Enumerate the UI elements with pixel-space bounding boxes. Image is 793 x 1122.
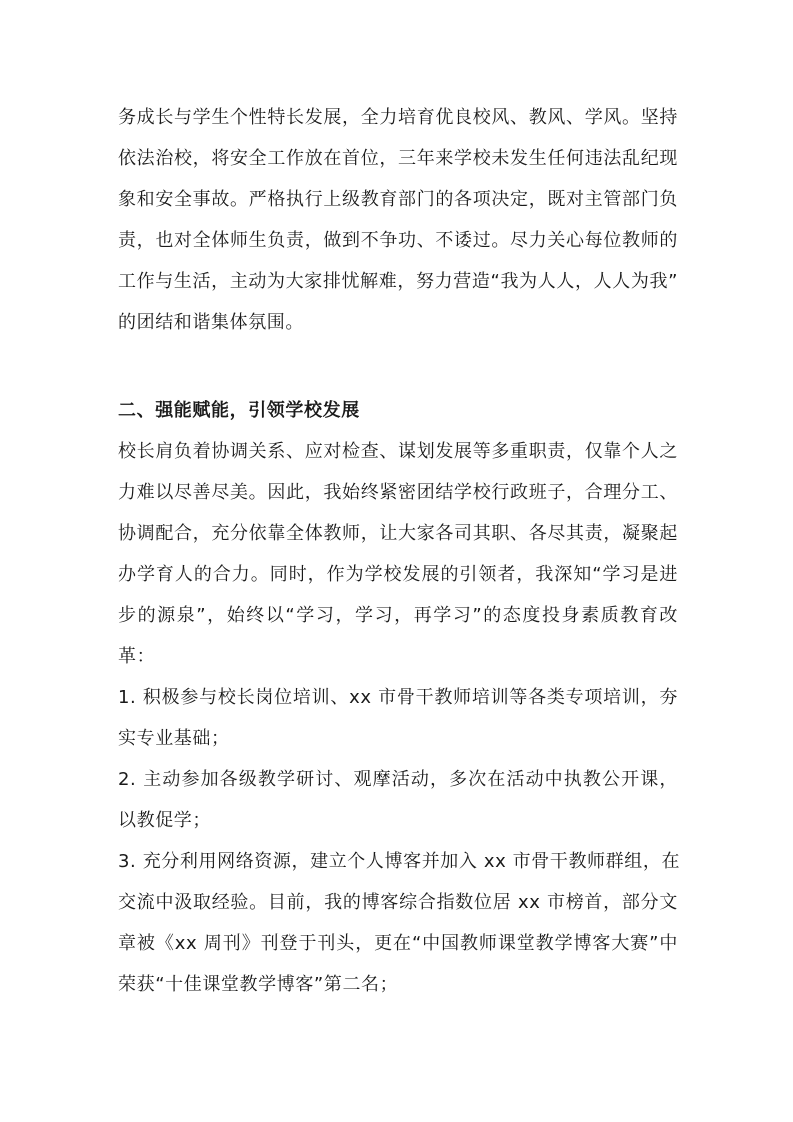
list-item-training: 1. 积极参与校长岗位培训、xx 市骨干教师培训等各类专项培训，夯 实专业基础； xyxy=(118,677,678,759)
text-line: 章被《xx 周刊》刊登于刊头，更在“中国教师课堂教学博客大赛”中 xyxy=(118,923,678,964)
text-line: 实专业基础； xyxy=(118,718,678,759)
text-line: 责，也对全体师生负责，做到不争功、不诿过。尽力关心每位教师的 xyxy=(118,220,678,261)
list-item-blog: 3. 充分利用网络资源，建立个人博客并加入 xx 市骨干教师群组，在 交流中汲取… xyxy=(118,841,678,1005)
text-line: 依法治校，将安全工作放在首位，三年来学校未发生任何违法乱纪现 xyxy=(118,138,678,179)
paragraph-school-management: 务成长与学生个性特长发展，全力培育优良校风、教风、学风。坚持 依法治校，将安全工… xyxy=(118,97,678,343)
text-line: 以教促学； xyxy=(118,800,678,841)
text-line: 荣获“十佳课堂教学博客”第二名； xyxy=(118,964,678,1005)
text-line: 交流中汲取经验。目前，我的博客综合指数位居 xx 市榜首，部分文 xyxy=(118,882,678,923)
text-line: 办学育人的合力。同时，作为学校发展的引领者，我深知“学习是进 xyxy=(118,554,678,595)
text-line: 工作与生活，主动为大家排忧解难，努力营造“我为人人，人人为我” xyxy=(118,261,678,302)
paragraph-leadership-intro: 校长肩负着协调关系、应对检查、谋划发展等多重职责，仅靠个人之 力难以尽善尽美。因… xyxy=(118,431,678,677)
text-line: 革： xyxy=(118,636,678,677)
list-item-research: 2. 主动参加各级教学研讨、观摩活动，多次在活动中执教公开课， 以教促学； xyxy=(118,759,678,841)
text-line: 象和安全事故。严格执行上级教育部门的各项决定，既对主管部门负 xyxy=(118,179,678,220)
text-line: 3. 充分利用网络资源，建立个人博客并加入 xx 市骨干教师群组，在 xyxy=(118,841,678,882)
text-line: 协调配合，充分依靠全体教师，让大家各司其职、各尽其责，凝聚起 xyxy=(118,513,678,554)
text-line: 步的源泉”，始终以“学习，学习，再学习”的态度投身素质教育改 xyxy=(118,595,678,636)
document-page: 务成长与学生个性特长发展，全力培育优良校风、教风、学风。坚持 依法治校，将安全工… xyxy=(118,97,678,1005)
text-line: 校长肩负着协调关系、应对检查、谋划发展等多重职责，仅靠个人之 xyxy=(118,431,678,472)
section-heading: 二、强能赋能，引领学校发展 xyxy=(118,390,678,431)
text-line: 1. 积极参与校长岗位培训、xx 市骨干教师培训等各类专项培训，夯 xyxy=(118,677,678,718)
paragraph-spacer xyxy=(118,343,678,390)
text-line: 2. 主动参加各级教学研讨、观摩活动，多次在活动中执教公开课， xyxy=(118,759,678,800)
text-line: 务成长与学生个性特长发展，全力培育优良校风、教风、学风。坚持 xyxy=(118,97,678,138)
text-line: 力难以尽善尽美。因此，我始终紧密团结学校行政班子，合理分工、 xyxy=(118,472,678,513)
text-line: 的团结和谐集体氛围。 xyxy=(118,302,678,343)
